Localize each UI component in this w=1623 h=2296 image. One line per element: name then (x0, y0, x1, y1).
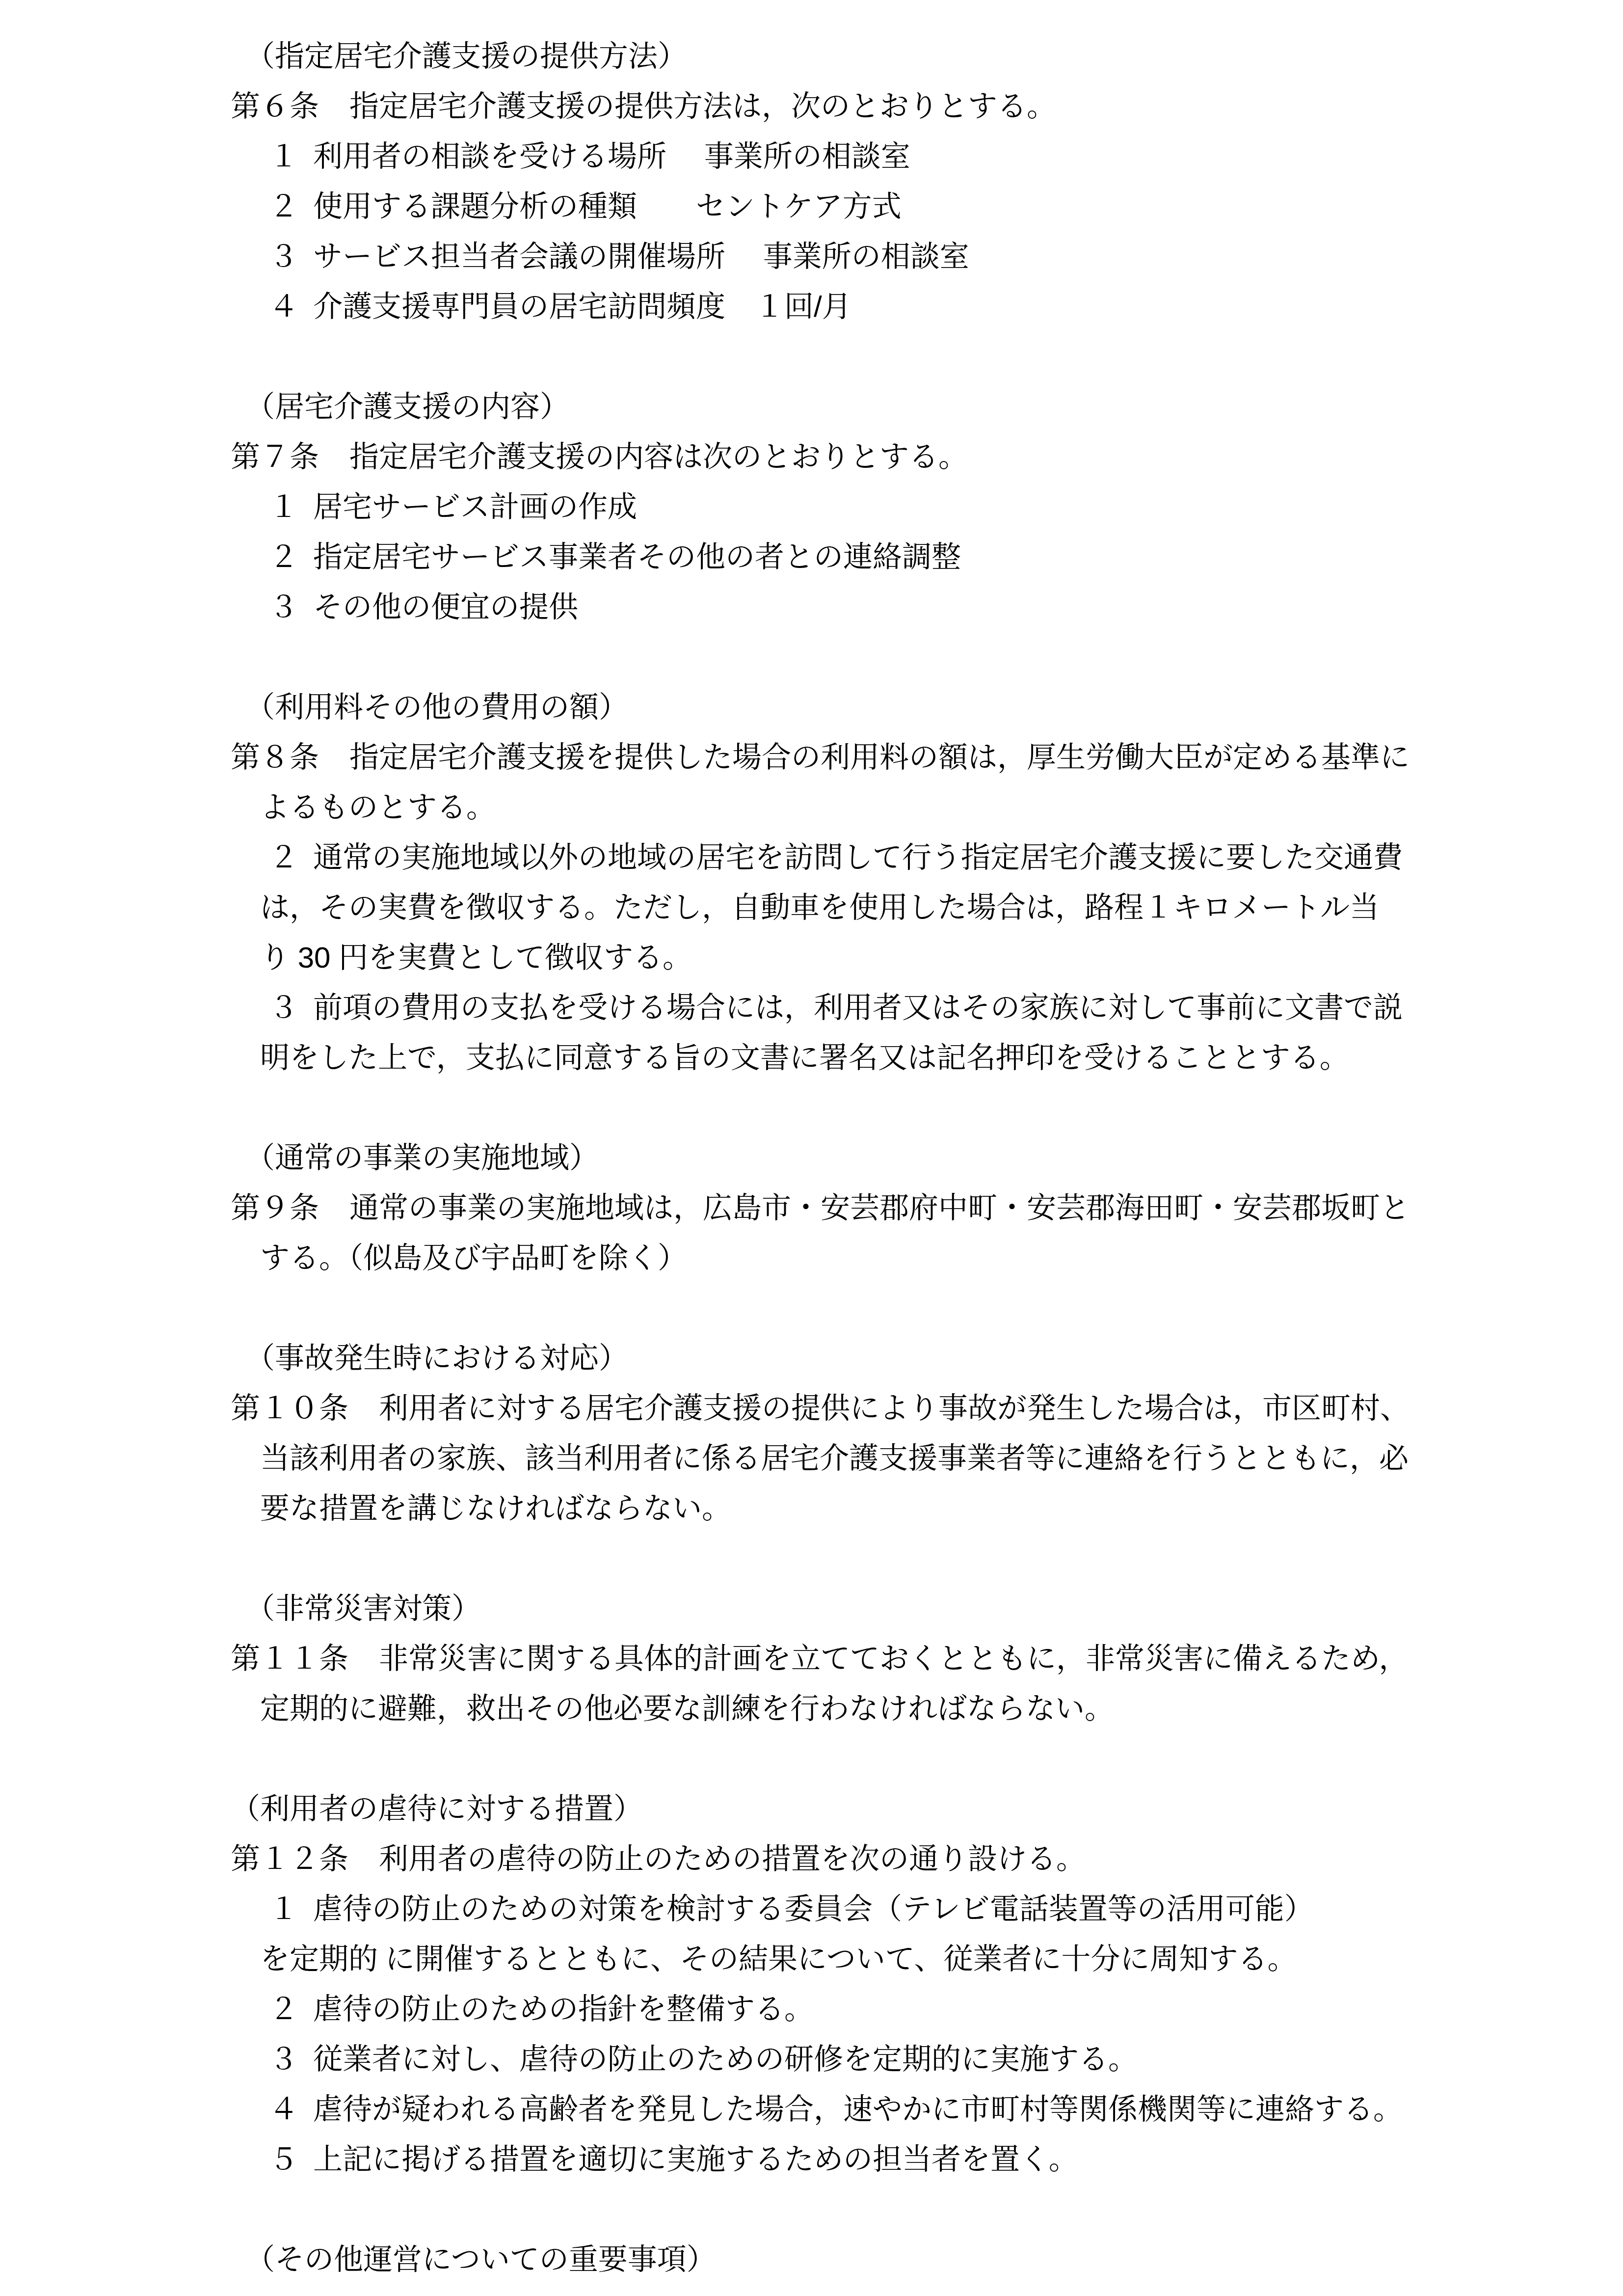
list-item-text: 虐待の防止のための指針を整備する。 (313, 1993, 814, 2026)
article-line: 第８条指定居宅介護支援を提供した場合の利用料の額は，厚生労働大臣が定める基準に (231, 732, 1495, 783)
article-line: 第１１条非常災害に関する具体的計画を立てておくとともに，非常災害に備えるため， (231, 1634, 1495, 1684)
list-item-number: ３ (269, 2043, 298, 2076)
continuation-line: 定期的に避難，救出その他必要な訓練を行わなければならない。 (231, 1684, 1495, 1734)
section-heading: （指定居宅介護支援の提供方法） (231, 31, 1495, 81)
list-item: ２使用する課題分析の種類 セントケア方式 (231, 182, 1495, 232)
article-text: 指定居宅介護支援の内容は次のとおりとする。 (349, 440, 968, 473)
list-item-number: ３ (269, 991, 298, 1024)
article-line: 第７条指定居宅介護支援の内容は次のとおりとする。 (231, 432, 1495, 482)
list-item-text: その他の便宜の提供 (313, 591, 578, 623)
list-item-number: ４ (269, 290, 298, 323)
list-item-number: ５ (269, 2143, 298, 2176)
list-item-text: 利用者の相談を受ける場所 事業所の相談室 (313, 140, 910, 173)
article-number: 第６条 (231, 90, 319, 123)
list-item-number: １ (269, 1893, 298, 1925)
list-item-text: 従業者に対し、虐待の防止のための研修を定期的に実施する。 (313, 2043, 1138, 2076)
list-item-text: 居宅サービス計画の作成 (313, 490, 637, 523)
section-block: （事故発生時における対応）第１０条利用者に対する居宅介護支援の提供により事故が発… (231, 1333, 1495, 1534)
article-line: 第９条通常の事業の実施地域は，広島市・安芸郡府中町・安芸郡海田町・安芸郡坂町と (231, 1183, 1495, 1233)
list-item: ４介護支援専門員の居宅訪問頻度 １回/月 (231, 282, 1495, 332)
list-item-number: ２ (269, 1993, 298, 2026)
article-text: 通常の事業の実施地域は，広島市・安芸郡府中町・安芸郡海田町・安芸郡坂町と (349, 1191, 1410, 1224)
list-item: ３サービス担当者会議の開催場所 事業所の相談室 (231, 232, 1495, 282)
list-item: １利用者の相談を受ける場所 事業所の相談室 (231, 132, 1495, 182)
article-number: 第１１条 (231, 1642, 348, 1675)
list-item-text: 虐待が疑われる高齢者を発見した場合，速やかに市町村等関係機関等に連絡する。 (313, 2093, 1403, 2126)
section-heading: （その他運営についての重要事項） (231, 2235, 1495, 2285)
article-text: 非常災害に関する具体的計画を立てておくとともに，非常災害に備えるため， (379, 1642, 1409, 1675)
list-item-number: １ (269, 490, 298, 523)
article-line: 第１２条利用者の虐待の防止のための措置を次の通り設ける。 (231, 1834, 1495, 1884)
continuation-line: よるものとする。 (231, 783, 1495, 833)
section-block: （通常の事業の実施地域）第９条通常の事業の実施地域は，広島市・安芸郡府中町・安芸… (231, 1133, 1495, 1283)
article-line: 第６条指定居宅介護支援の提供方法は，次のとおりとする。 (231, 81, 1495, 132)
list-item-number: １ (269, 140, 298, 173)
section-block: （指定居宅介護支援の提供方法）第６条指定居宅介護支援の提供方法は，次のとおりとす… (231, 31, 1495, 332)
section-block: （居宅介護支援の内容）第７条指定居宅介護支援の内容は次のとおりとする。１居宅サー… (231, 382, 1495, 632)
list-item-text: 指定居宅サービス事業者その他の者との連絡調整 (313, 540, 961, 573)
section-heading: （居宅介護支援の内容） (231, 382, 1495, 432)
list-item: ２虐待の防止のための指針を整備する。 (231, 1984, 1495, 2034)
list-item: １虐待の防止のための対策を検討する委員会（テレビ電話装置等の活用可能） (231, 1884, 1495, 1934)
list-item-number: ３ (269, 591, 298, 623)
list-item-number: ４ (269, 2093, 298, 2126)
list-item-text: サービス担当者会議の開催場所 事業所の相談室 (313, 240, 969, 273)
article-text: 指定居宅介護支援の提供方法は，次のとおりとする。 (349, 90, 1056, 123)
list-item-number: ２ (269, 841, 298, 874)
continuation-line: 要な措置を講じなければならない。 (231, 1484, 1495, 1534)
section-heading: （利用料その他の費用の額） (231, 682, 1495, 732)
list-item: ２通常の実施地域以外の地域の居宅を訪問して行う指定居宅介護支援に要した交通費 (231, 833, 1495, 883)
section-heading: （利用者の虐待に対する措置） (231, 1784, 1495, 1834)
list-item-text: 介護支援専門員の居宅訪問頻度 １回/月 (313, 290, 851, 323)
section-block: （非常災害対策）第１１条非常災害に関する具体的計画を立てておくとともに，非常災害… (231, 1584, 1495, 1734)
article-number: 第７条 (231, 440, 319, 473)
continuation-line: り 30 円を実費として徴収する。 (231, 933, 1495, 983)
section-heading: （非常災害対策） (231, 1584, 1495, 1634)
list-item-number: ２ (269, 540, 298, 573)
continuation-line: を定期的 に開催するとともに、その結果について、従業者に十分に周知する。 (231, 1934, 1495, 1984)
section-heading: （通常の事業の実施地域） (231, 1133, 1495, 1183)
article-number: 第９条 (231, 1191, 319, 1224)
list-item: ３前項の費用の支払を受ける場合には，利用者又はその家族に対して事前に文書で説 (231, 983, 1495, 1033)
list-item-text: 虐待の防止のための対策を検討する委員会（テレビ電話装置等の活用可能） (313, 1893, 1314, 1925)
list-item-text: 通常の実施地域以外の地域の居宅を訪問して行う指定居宅介護支援に要した交通費 (313, 841, 1403, 874)
section-heading: （事故発生時における対応） (231, 1333, 1495, 1383)
continuation-line: する。（似島及び宇品町を除く） (231, 1233, 1495, 1283)
list-item: ２指定居宅サービス事業者その他の者との連絡調整 (231, 532, 1495, 582)
section-block: （利用者の虐待に対する措置）第１２条利用者の虐待の防止のための措置を次の通り設け… (231, 1784, 1495, 2185)
document-page: （指定居宅介護支援の提供方法）第６条指定居宅介護支援の提供方法は，次のとおりとす… (0, 0, 1623, 2296)
continuation-line: は，その実費を徴収する。ただし，自動車を使用した場合は，路程１キロメートル当 (231, 883, 1495, 933)
continuation-line: 当該利用者の家族、該当利用者に係る居宅介護支援事業者等に連絡を行うとともに，必 (231, 1433, 1495, 1484)
list-item-number: ３ (269, 240, 298, 273)
document-body: （指定居宅介護支援の提供方法）第６条指定居宅介護支援の提供方法は，次のとおりとす… (231, 31, 1495, 2285)
list-item: ４虐待が疑われる高齢者を発見した場合，速やかに市町村等関係機関等に連絡する。 (231, 2084, 1495, 2134)
continuation-line: 明をした上で，支払に同意する旨の文書に署名又は記名押印を受けることとする。 (231, 1033, 1495, 1083)
list-item: １居宅サービス計画の作成 (231, 482, 1495, 532)
section-block: （その他運営についての重要事項） (231, 2235, 1495, 2285)
list-item: ３その他の便宜の提供 (231, 582, 1495, 632)
list-item: ３従業者に対し、虐待の防止のための研修を定期的に実施する。 (231, 2034, 1495, 2084)
article-line: 第１０条利用者に対する居宅介護支援の提供により事故が発生した場合は，市区町村、 (231, 1383, 1495, 1433)
list-item-number: ２ (269, 190, 298, 223)
list-item: ５上記に掲げる措置を適切に実施するための担当者を置く。 (231, 2134, 1495, 2185)
list-item-text: 上記に掲げる措置を適切に実施するための担当者を置く。 (313, 2143, 1078, 2176)
article-number: 第１０条 (231, 1392, 348, 1425)
article-text: 指定居宅介護支援を提供した場合の利用料の額は，厚生労働大臣が定める基準に (349, 741, 1410, 774)
article-text: 利用者に対する居宅介護支援の提供により事故が発生した場合は，市区町村、 (379, 1392, 1410, 1425)
article-number: 第１２条 (231, 1842, 348, 1875)
section-block: （利用料その他の費用の額）第８条指定居宅介護支援を提供した場合の利用料の額は，厚… (231, 682, 1495, 1083)
list-item-text: 前項の費用の支払を受ける場合には，利用者又はその家族に対して事前に文書で説 (313, 991, 1403, 1024)
article-text: 利用者の虐待の防止のための措置を次の通り設ける。 (379, 1842, 1086, 1875)
article-number: 第８条 (231, 741, 319, 774)
list-item-text: 使用する課題分析の種類 セントケア方式 (313, 190, 902, 223)
